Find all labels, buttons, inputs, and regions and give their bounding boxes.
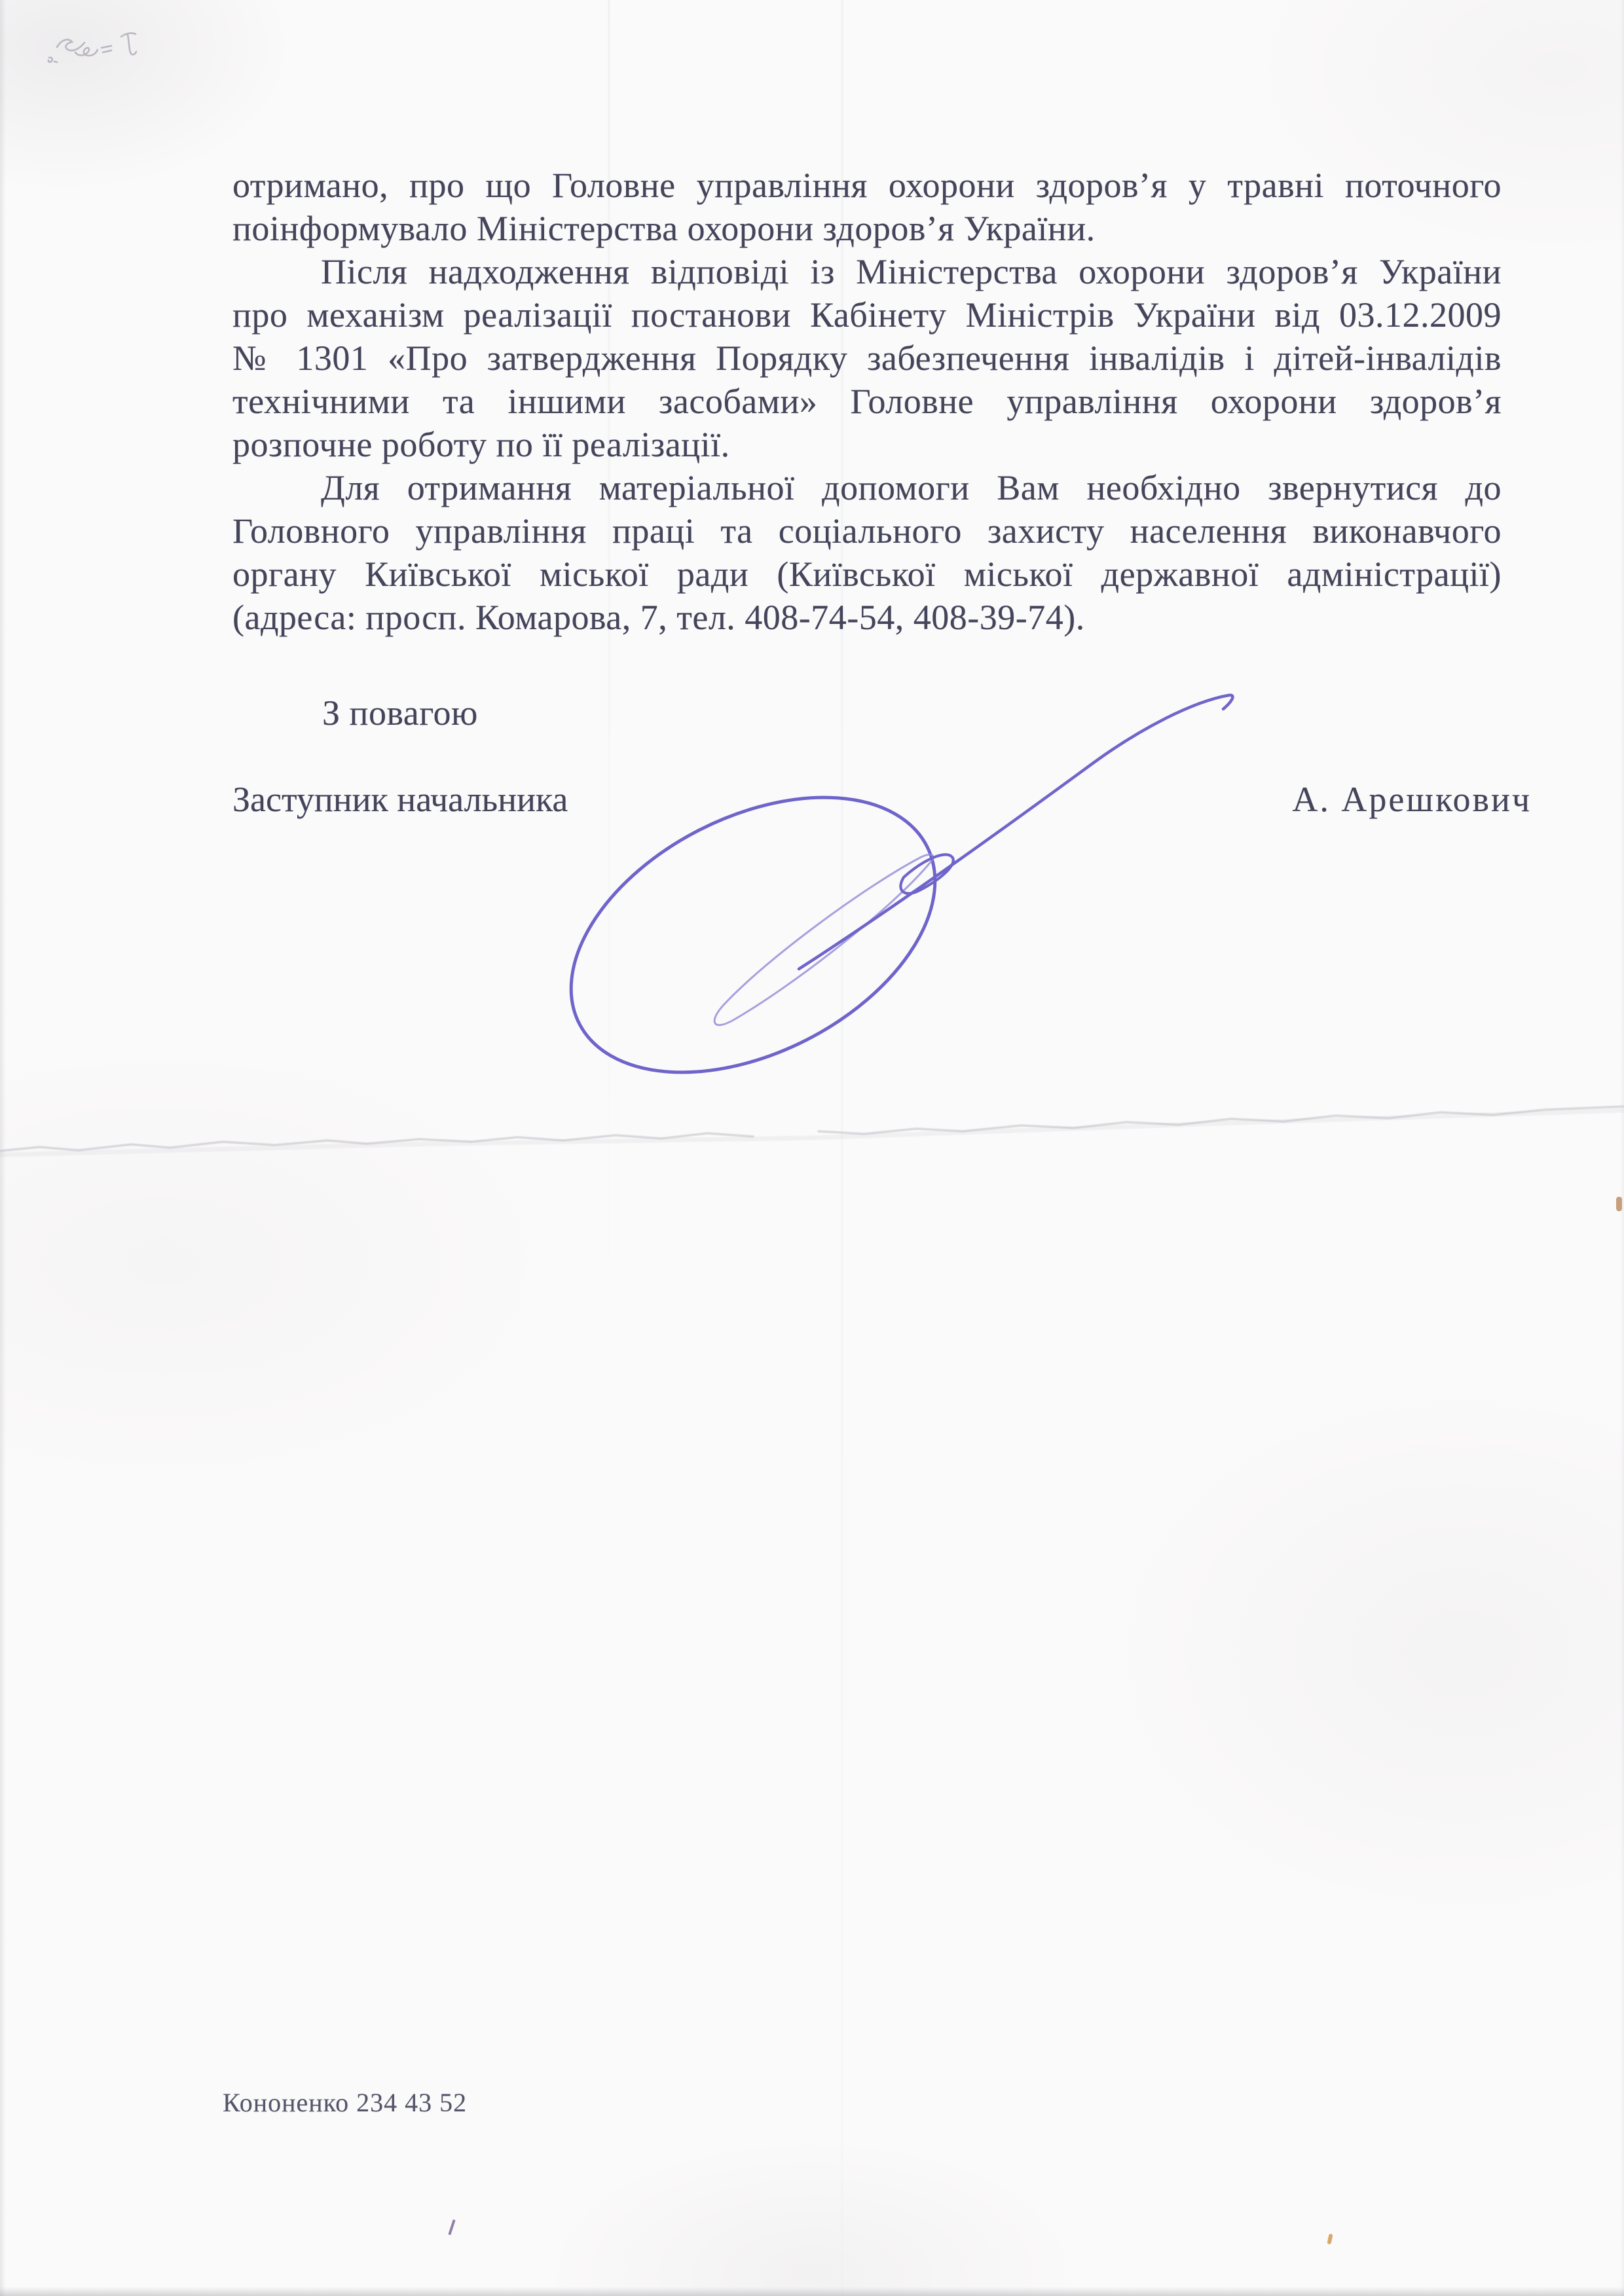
body-line: про механізм реалізації постанови Кабіне… [232, 293, 1502, 337]
body-line: поінформувало Міністерства охорони здоро… [232, 207, 1502, 250]
signer-name: А. Арешкович [1292, 779, 1532, 820]
body-line: № 1301 «Про затвердження Порядку забезпе… [232, 337, 1502, 380]
body-line: технічними та іншими засобами» Головне у… [232, 380, 1502, 423]
signer-role: Заступник начальника [232, 779, 568, 820]
handwritten-note-icon [36, 13, 167, 79]
dust-speck [1616, 1197, 1622, 1211]
body-line: Після надходження відповіді із Міністерс… [232, 250, 1502, 293]
body-line: органу Київської міської ради (Київської… [232, 553, 1502, 596]
executor-reference: Кононенко 234 43 52 [223, 2087, 467, 2118]
body-line: Для отримання матеріальної допомоги Вам … [232, 466, 1502, 509]
scanned-letter-page: отримано, про що Головне управління охор… [0, 0, 1624, 2296]
dust-speck [448, 2219, 455, 2235]
salutation: З повагою [322, 693, 478, 733]
body-line: (адреса: просп. Комарова, 7, тел. 408-74… [232, 596, 1502, 639]
dust-speck [1327, 2234, 1333, 2245]
signature-ink-icon [537, 661, 1283, 1080]
body-line: Головного управління праці та соціальног… [232, 509, 1502, 553]
signoff-row: Заступник начальника А. Арешкович [232, 779, 1532, 820]
body-line: отримано, про що Головне управління охор… [232, 164, 1502, 207]
letter-body: отримано, про що Головне управління охор… [232, 164, 1502, 639]
body-line: розпочне роботу по її реалізації. [232, 423, 1502, 466]
